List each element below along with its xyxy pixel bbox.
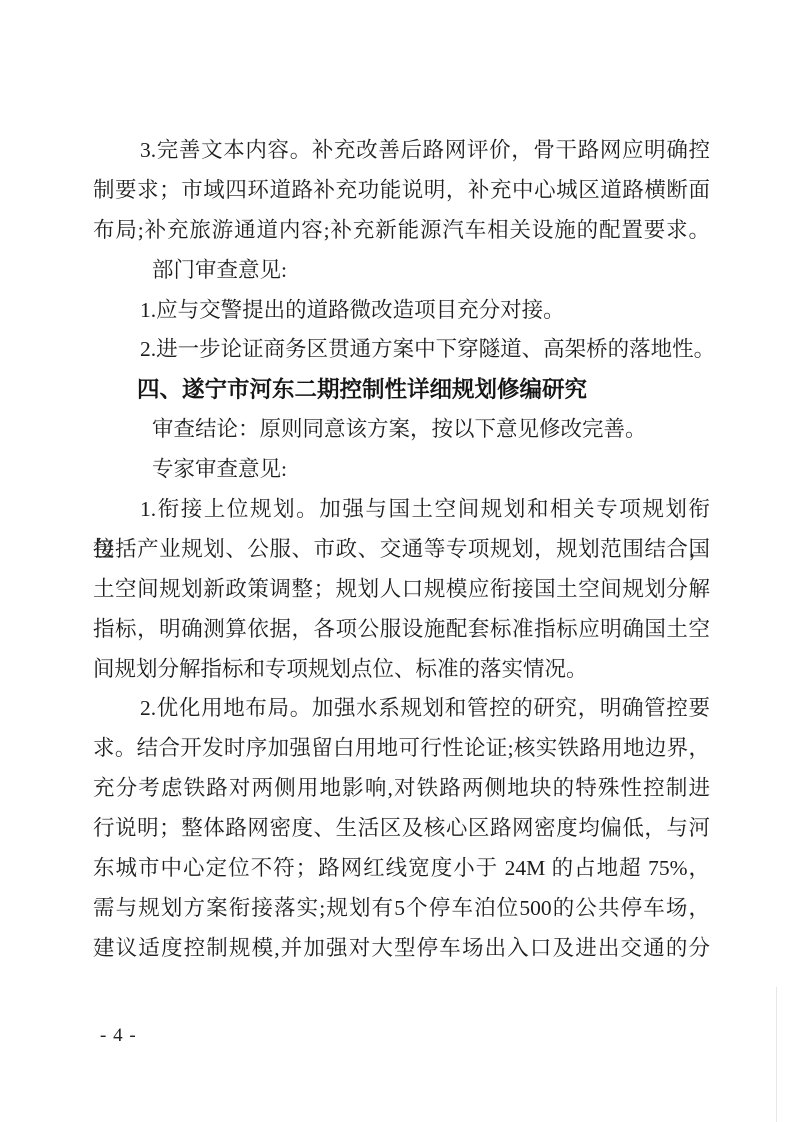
text-line: 专家审查意见: xyxy=(93,450,710,490)
text-line: 东城市中心定位不符；路网红线宽度小于 24M 的占地超 75%， xyxy=(93,849,710,889)
text-line: 土空间规划新政策调整；规划人口规模应衔接国土空间规划分解 xyxy=(93,570,710,610)
text-line: 包括产业规划、公服、市政、交通等专项规划，规划范围结合国 xyxy=(93,530,710,570)
text-line: 需与规划方案衔接落实;规划有5个停车泊位500的公共停车场， xyxy=(93,889,710,929)
document-page: 3.完善文本内容。补充改善后路网评价，骨干路网应明确控 制要求；市域四环道路补充… xyxy=(0,0,793,1122)
text-line: 2.优化用地布局。加强水系规划和管控的研究，明确管控要 xyxy=(93,689,710,729)
text-line: 2.进一步论证商务区贯通方案中下穿隧道、高架桥的落地性。 xyxy=(93,330,710,370)
section-heading: 四、遂宁市河东二期控制性详细规划修编研究 xyxy=(93,370,710,410)
text-line: 3.完善文本内容。补充改善后路网评价，骨干路网应明确控 xyxy=(93,131,710,171)
text-line: 制要求；市域四环道路补充功能说明，补充中心城区道路横断面 xyxy=(93,171,710,211)
text-line: 部门审查意见: xyxy=(93,251,710,291)
text-line: 1.应与交警提出的道路微改造项目充分对接。 xyxy=(93,291,710,331)
text-line: 充分考虑铁路对两侧用地影响,对铁路两侧地块的特殊性控制进 xyxy=(93,769,710,809)
scan-edge-artifact xyxy=(776,987,777,1122)
text-line: 布局;补充旅游通道内容;补充新能源汽车相关设施的配置要求。 xyxy=(93,211,710,251)
text-line: 行说明；整体路网密度、生活区及核心区路网密度均偏低，与河 xyxy=(93,809,710,849)
text-line: 建议适度控制规模,并加强对大型停车场出入口及进出交通的分 xyxy=(93,929,710,969)
document-body: 3.完善文本内容。补充改善后路网评价，骨干路网应明确控 制要求；市域四环道路补充… xyxy=(93,131,710,969)
text-line: 求。结合开发时序加强留白用地可行性论证;核实铁路用地边界， xyxy=(93,729,710,769)
text-line: 间规划分解指标和专项规划点位、标准的落实情况。 xyxy=(93,650,710,690)
text-line: 1.衔接上位规划。加强与国土空间规划和相关专项规划衔接， xyxy=(93,490,710,530)
text-line: 指标，明确测算依据，各项公服设施配套标准指标应明确国土空 xyxy=(93,610,710,650)
text-line: 审查结论：原则同意该方案，按以下意见修改完善。 xyxy=(93,410,710,450)
page-number: - 4 - xyxy=(100,1024,137,1048)
